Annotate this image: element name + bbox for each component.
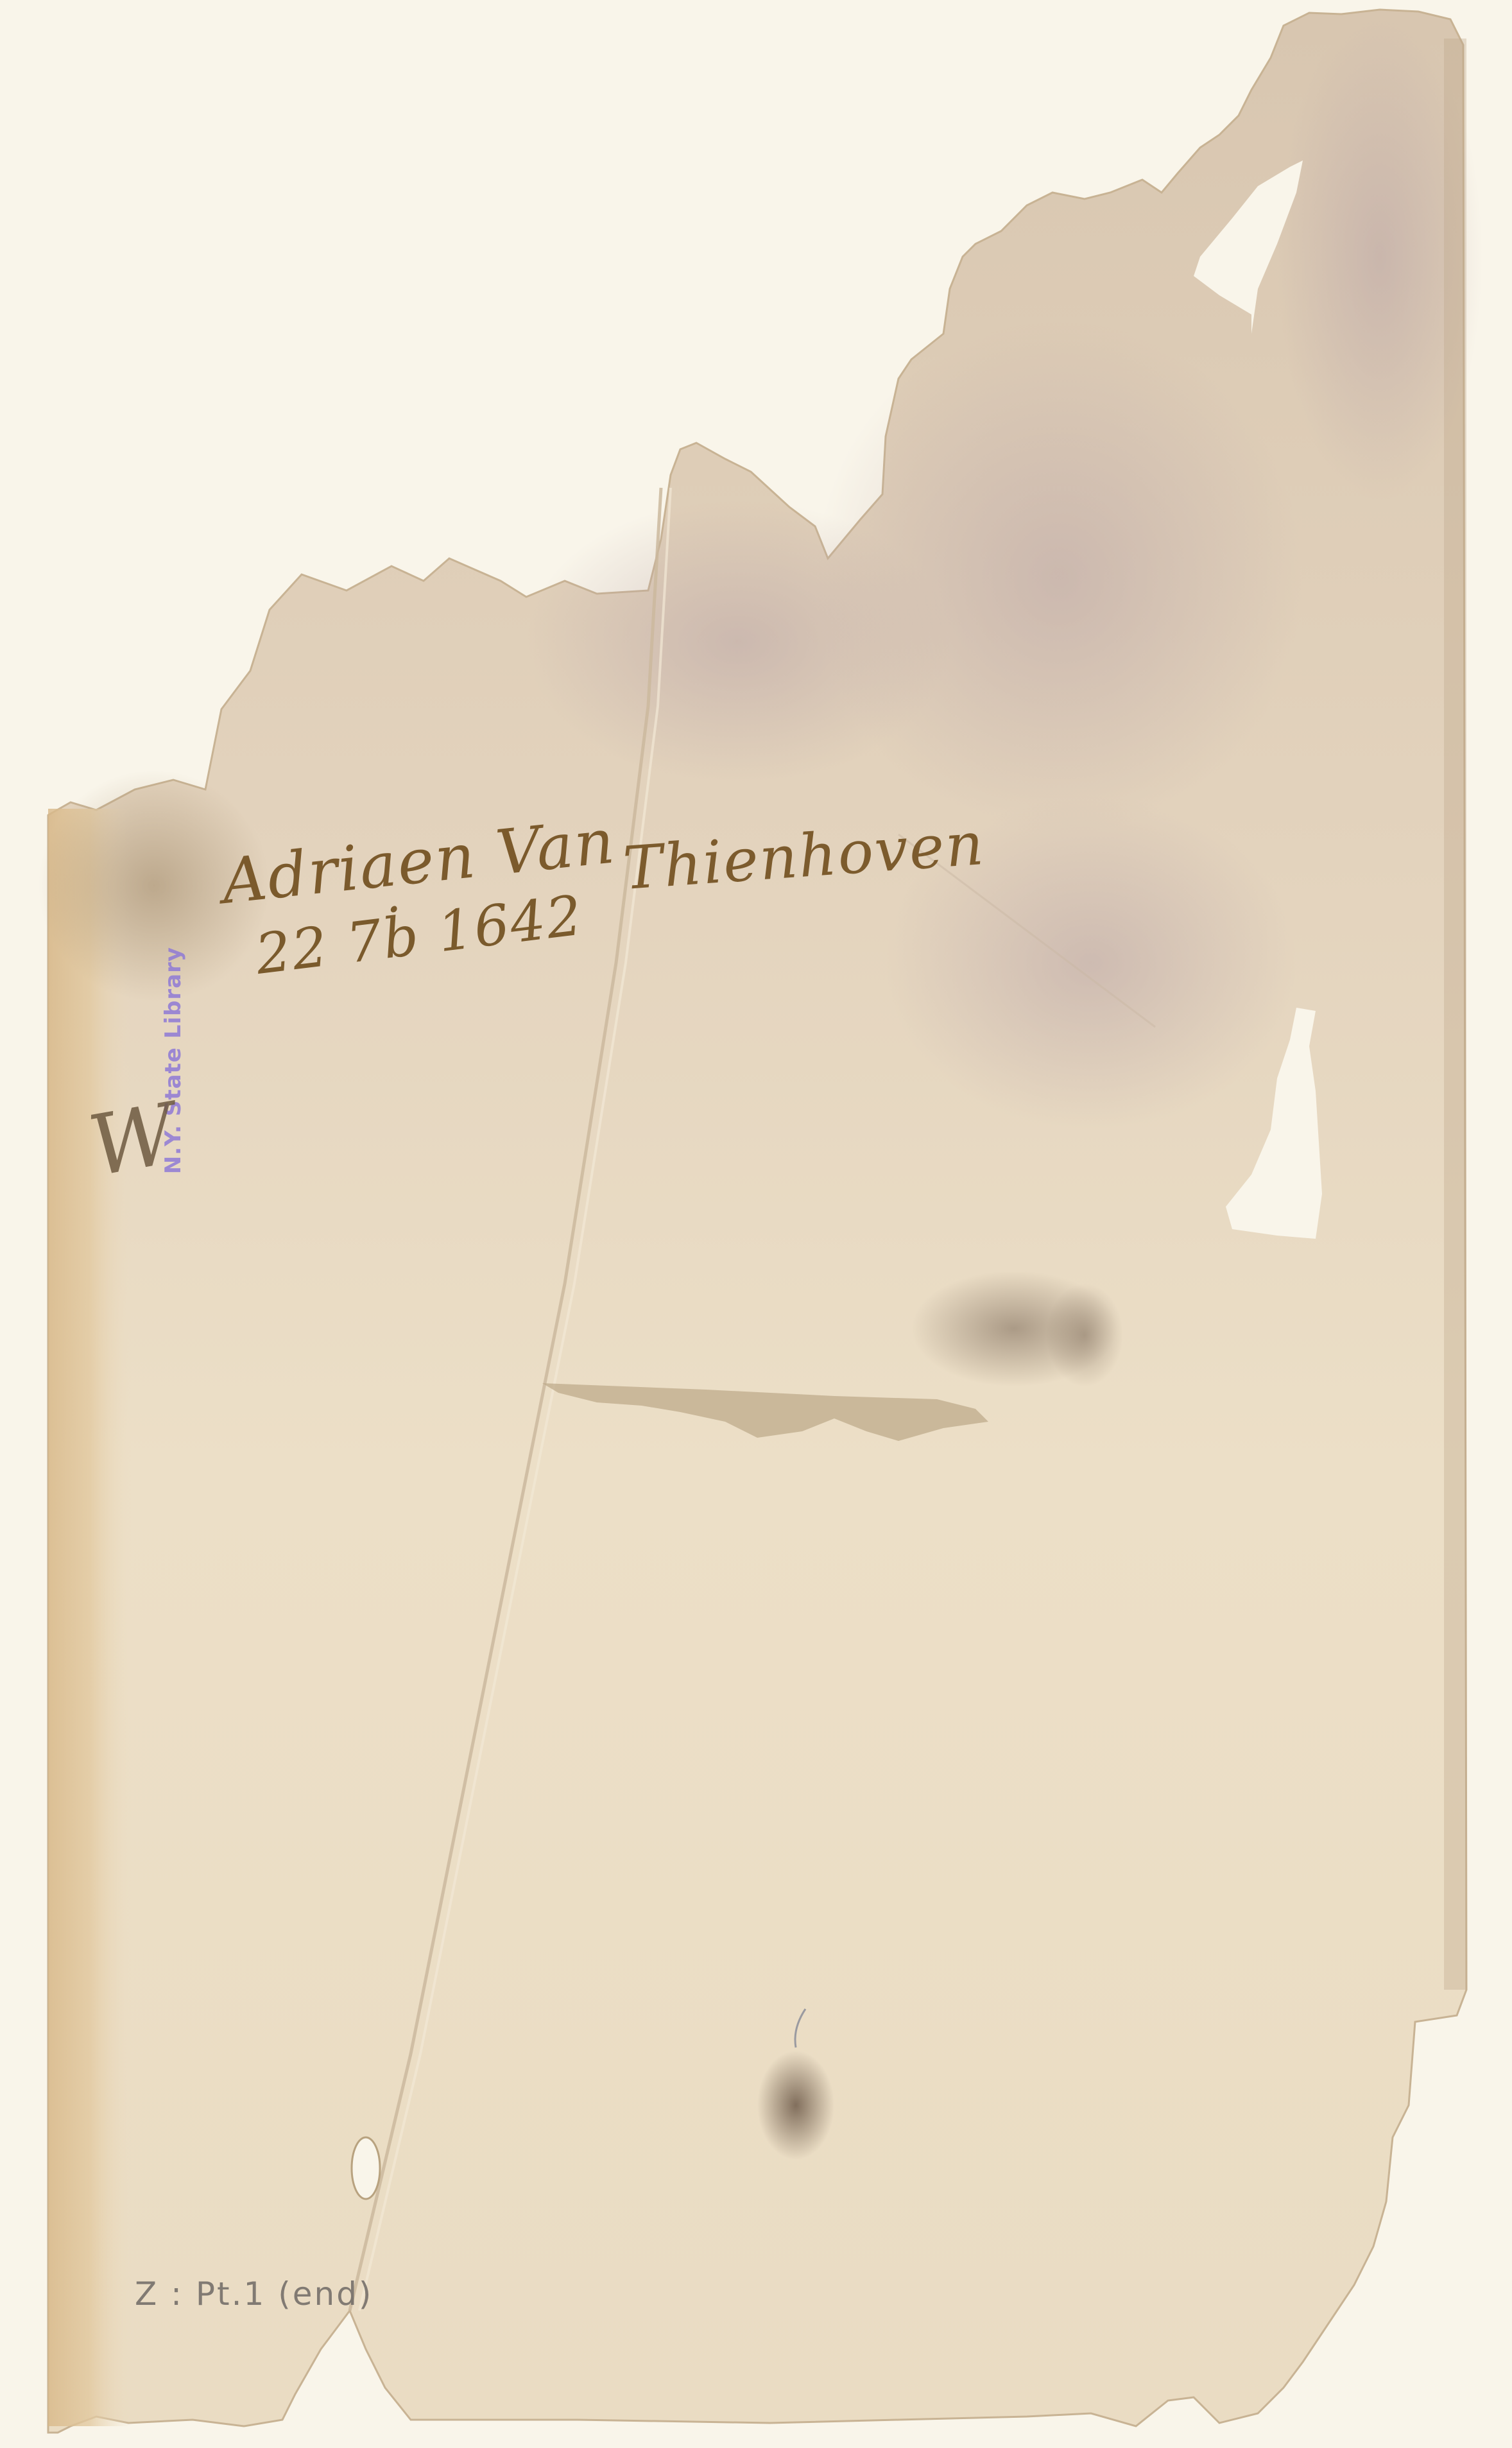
right-edge-shadow	[1444, 39, 1466, 1990]
water-stain-upper-right	[815, 321, 1303, 834]
smudge-fingerprint-2	[1046, 1284, 1123, 1386]
ink-blot-bottom	[757, 2051, 834, 2160]
pencil-catalog-note: Z : Pt.1 (end)	[135, 2275, 373, 2313]
monogram-mark: W	[82, 1085, 184, 1196]
paper-sheet	[0, 0, 1512, 2448]
small-oval-hole	[352, 2137, 380, 2199]
binding-edge-stain	[48, 809, 132, 2426]
